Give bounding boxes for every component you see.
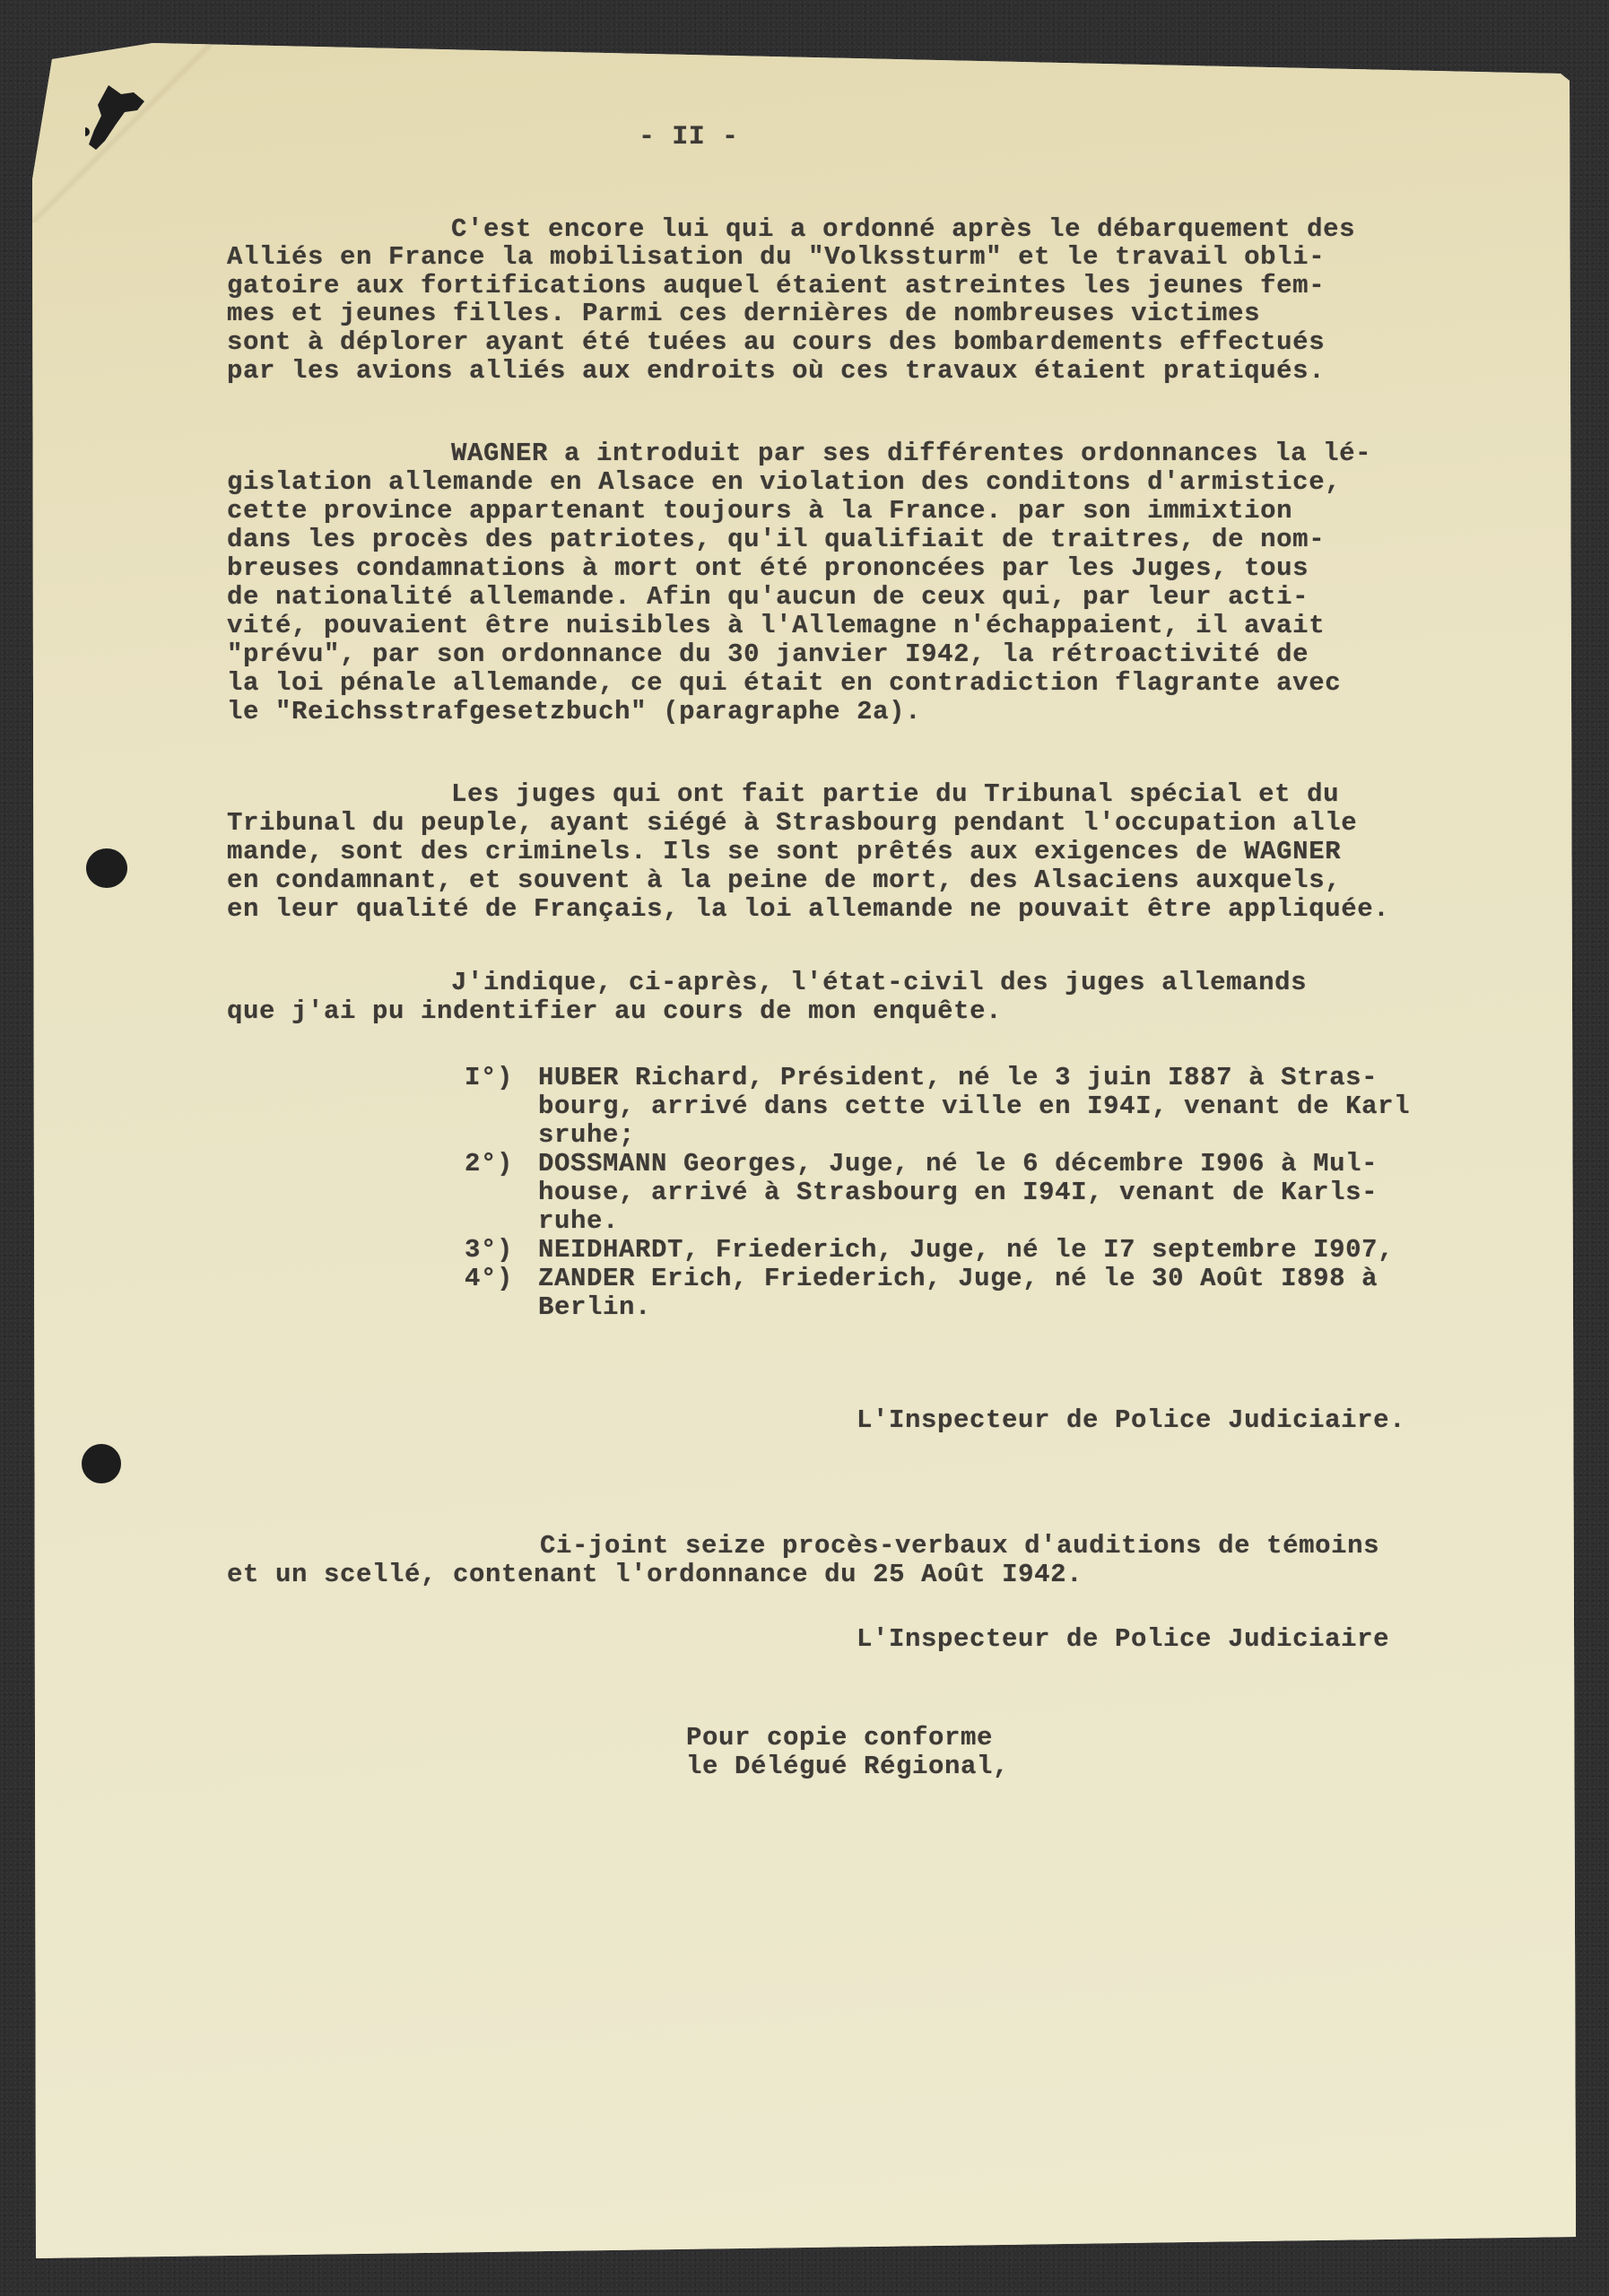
paragraph-2-line: vité, pouvaient être nuisibles à l'Allem… <box>227 612 1325 640</box>
punch-hole <box>86 848 127 888</box>
page-number: - II - <box>639 123 739 152</box>
paragraph-3-line: Tribunal du peuple, ayant siégé à Strasb… <box>227 809 1357 838</box>
paragraph-1-line: par les avions alliés aux endroits où ce… <box>227 357 1325 386</box>
punch-hole <box>82 1444 121 1483</box>
paragraph-2-line: la loi pénale allemande, ce qui était en… <box>227 669 1341 698</box>
torn-corner-hole-icon <box>85 85 155 150</box>
paragraph-1-line: gatoire aux fortifications auquel étaien… <box>227 272 1325 300</box>
judge-2-line: house, arrivé à Strasbourg en I94I, vena… <box>538 1178 1378 1207</box>
annex-line: Ci-joint seize procès-verbaux d'audition… <box>540 1532 1379 1561</box>
paragraph-4-line: que j'ai pu indentifier au cours de mon … <box>227 997 1002 1026</box>
paragraph-3-line: en leur qualité de Français, la loi alle… <box>227 895 1389 924</box>
paragraph-1-line: sont à déplorer ayant été tuées au cours… <box>227 328 1325 357</box>
paragraph-2-line: le "Reichsstrafgesetzbuch" (paragraphe 2… <box>227 698 921 726</box>
paragraph-1-line: mes et jeunes filles. Parmi ces dernière… <box>227 300 1260 328</box>
paragraph-2-line: dans les procès des patriotes, qu'il qua… <box>227 526 1325 554</box>
paragraph-2-line: "prévu", par son ordonnance du 30 janvie… <box>227 640 1309 669</box>
judge-2-number: 2°) <box>465 1150 513 1178</box>
paragraph-2-line: breuses condamnations à mort ont été pro… <box>227 554 1309 583</box>
paragraph-3-line: Les juges qui ont fait partie du Tribuna… <box>451 780 1339 809</box>
judge-3-number: 3°) <box>465 1236 513 1265</box>
judge-2-line: ruhe. <box>538 1207 619 1236</box>
paragraph-2-line: cette province appartenant toujours à la… <box>227 497 1292 526</box>
certification-line: le Délégué Régional, <box>686 1752 1009 1781</box>
judge-2-line: DOSSMANN Georges, Juge, né le 6 décembre… <box>538 1150 1378 1178</box>
judge-1-line: sruhe; <box>538 1121 635 1150</box>
annex-line: et un scellé, contenant l'ordonnance du … <box>227 1561 1083 1589</box>
paragraph-2-line: gislation allemande en Alsace en violati… <box>227 468 1341 497</box>
paragraph-2-line: WAGNER a introduit par ses différentes o… <box>451 439 1371 468</box>
judge-1-number: I°) <box>465 1064 513 1092</box>
judge-3-line: NEIDHARDT, Friederich, Juge, né le I7 se… <box>538 1236 1394 1265</box>
paragraph-1-line: C'est encore lui qui a ordonné après le … <box>451 215 1355 244</box>
paragraph-3-line: mande, sont des criminels. Ils se sont p… <box>227 838 1341 866</box>
paragraph-2-line: de nationalité allemande. Afin qu'aucun … <box>227 583 1309 612</box>
paragraph-4-line: J'indique, ci-après, l'état-civil des ju… <box>451 969 1307 997</box>
judge-4-line: Berlin. <box>538 1293 651 1322</box>
paragraph-1-line: Alliés en France la mobilisation du "Vol… <box>227 243 1325 272</box>
certification-line: Pour copie conforme <box>686 1724 993 1752</box>
paragraph-3-line: en condamnant, et souvent à la peine de … <box>227 866 1341 895</box>
judge-4-line: ZANDER Erich, Friederich, Juge, né le 30… <box>538 1265 1378 1293</box>
judge-1-line: HUBER Richard, Président, né le 3 juin I… <box>538 1064 1378 1092</box>
judge-1-line: bourg, arrivé dans cette ville en I94I, … <box>538 1092 1410 1121</box>
signature-line-2: L'Inspecteur de Police Judiciaire <box>857 1625 1389 1654</box>
signature-line-1: L'Inspecteur de Police Judiciaire. <box>857 1406 1405 1435</box>
judge-4-number: 4°) <box>465 1265 513 1293</box>
